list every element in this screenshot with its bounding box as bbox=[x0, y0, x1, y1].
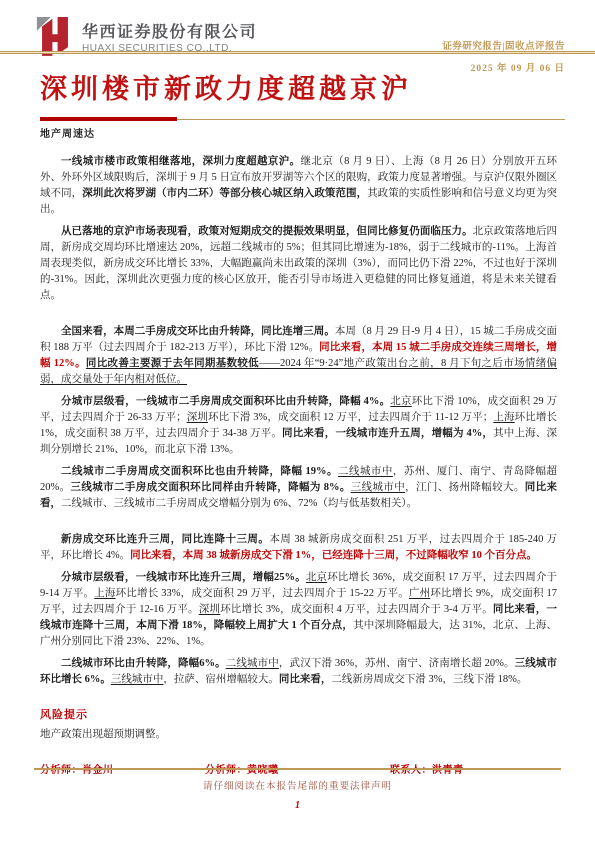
text-run: 环比增长 3%，成交面积 4 万平，过去四周介于 3-4 万平。 bbox=[220, 604, 493, 615]
text-run: 二线城市中 bbox=[226, 658, 279, 669]
text-run: 北京 bbox=[306, 572, 327, 583]
title-rule-gold-segment bbox=[177, 119, 565, 120]
text-run: 分城市层级看，一线城市二手房周成交面积环比由升转降，降幅 4%。 bbox=[61, 396, 390, 407]
report-title: 深圳楼市新政力度超越京沪 bbox=[40, 72, 412, 107]
report-date: 2025 年 09 月 06 日 bbox=[471, 60, 565, 74]
brand-names: 华西证券股份有限公司 HUAXI SECURITIES CO.,LTD. bbox=[82, 19, 257, 54]
text-run: 上海 bbox=[493, 412, 514, 423]
text-run: 同比来看， bbox=[279, 674, 332, 685]
company-name-cn: 华西证券股份有限公司 bbox=[82, 19, 257, 42]
body-paragraphs: 一线城市楼市政策相继落地，深圳力度超越京沪。继北京（8 月 9 日）、上海（8 … bbox=[40, 148, 557, 776]
text-run: 新房成交环比连升三周，同比连降十三周。 bbox=[61, 534, 269, 545]
page-number: 1 bbox=[0, 800, 595, 811]
text-run: 三线城市中 bbox=[351, 482, 405, 493]
text-run: 分城市层级看，一线城市环比连升三周，增幅25%。 bbox=[61, 572, 306, 583]
report-type-label: 证券研究报告|固收点评报告 bbox=[442, 38, 565, 52]
series-label: 地产周速达 bbox=[40, 125, 95, 140]
risk-section: 风险提示 地产政策出现超预期调整。 bbox=[40, 706, 557, 741]
text-run: 北京政策落地后四周，新房成交周均环比增速达 20%，远超二线城市的 5%；但其同… bbox=[40, 226, 557, 301]
text-run: 全国来看，本周二手房成交环比由升转降，同比连增三周。 bbox=[61, 326, 335, 337]
huaxi-logo-icon bbox=[36, 16, 74, 56]
text-run: 同比来看，一线城市连升五周，增幅为 4%， bbox=[282, 428, 493, 439]
text-run: 广州 bbox=[409, 588, 430, 599]
text-run: 二线城市、三线城市二手房周成交增幅分别为 6%、72%（均与低基数相关）。 bbox=[61, 498, 417, 509]
text-run: ，武汉下滑 36%，苏州、南宁、济南增长超 20%。 bbox=[279, 658, 515, 669]
legal-notice: 请仔细阅读在本报告尾部的重要法律声明 bbox=[0, 778, 595, 792]
text-run: 二线城市环比由升转降，降幅6%。 bbox=[61, 658, 226, 669]
text-run: ，江门、扬州降幅较大。 bbox=[405, 482, 525, 493]
paragraph: 从已落地的京沪市场表现看，政策对短期成交的提振效果明显，但同比修复仍面临压力。北… bbox=[40, 224, 557, 304]
text-run: 同比改善主要源于去年同期基数较低 bbox=[86, 358, 259, 369]
title-rule-red-segment bbox=[40, 117, 177, 121]
brand: 华西证券股份有限公司 HUAXI SECURITIES CO.,LTD. bbox=[36, 16, 257, 56]
paragraph: 全国来看，本周二手房成交环比由升转降，同比连增三周。本周（8 月 29 日-9 … bbox=[40, 324, 557, 388]
paragraph: 一线城市楼市政策相继落地，深圳力度超越京沪。继北京（8 月 9 日）、上海（8 … bbox=[40, 154, 557, 218]
title-rule bbox=[40, 117, 565, 121]
text-run: 北京 bbox=[390, 396, 411, 407]
text-run: 二线城市二手房周成交面积环比也由升转降，降幅 19%。 bbox=[61, 466, 338, 477]
text-run: 深圳此次将罗湖（市内二环）等部分核心城区纳入政策范围， bbox=[82, 188, 367, 199]
paragraph: 二线城市二手房周成交面积环比也由升转降，降幅 19%。二线城市中，苏州、厦门、南… bbox=[40, 464, 557, 512]
paragraph: 二线城市环比由升转降，降幅6%。二线城市中，武汉下滑 36%，苏州、南宁、济南增… bbox=[40, 656, 557, 688]
risk-text: 地产政策出现超预期调整。 bbox=[40, 726, 557, 741]
report-page: 华西证券股份有限公司 HUAXI SECURITIES CO.,LTD. 证券研… bbox=[0, 0, 595, 842]
text-run: 三线城市中 bbox=[111, 674, 164, 685]
text-run: 环比增长 33%，成交面积 29 万平，过去四周介于 15-22 万平。 bbox=[116, 588, 409, 599]
text-run: 三线城市二手房成交面积环比同样由升转降，降幅为 8%。 bbox=[71, 482, 351, 493]
paragraph: 分城市层级看，一线城市环比连升三周，增幅25%。北京环比增长 36%，成交面积 … bbox=[40, 570, 557, 650]
header-rule bbox=[0, 51, 595, 54]
text-run: 同比来看，本周 38 城新房成交下滑 1%，已经连降十三周，不过降幅收窄 10 … bbox=[130, 550, 537, 561]
text-run: 从已落地的京沪市场表现看，政策对短期成交的提振效果明显，但同比修复仍面临压力。 bbox=[61, 226, 473, 237]
footer-rule bbox=[34, 768, 561, 770]
text-run: 深圳 bbox=[187, 412, 208, 423]
text-run: 环比下滑 3%，成交面积 12 万平，过去四周介于 11-12 万平； bbox=[208, 412, 493, 423]
text-run: 一线城市楼市政策相继落地，深圳力度超越京沪。 bbox=[61, 156, 301, 167]
text-run: 二线城市中 bbox=[338, 466, 393, 477]
paragraph: 分城市层级看，一线城市二手房周成交面积环比由升转降，降幅 4%。北京环比下滑 1… bbox=[40, 394, 557, 458]
text-run: ，拉萨、宿州增幅较大。 bbox=[163, 674, 279, 685]
text-run: 深圳 bbox=[199, 604, 220, 615]
report-footer: 请仔细阅读在本报告尾部的重要法律声明 1 bbox=[0, 768, 595, 811]
risk-heading: 风险提示 bbox=[40, 706, 557, 722]
text-run: 二线新房周成交下滑 3%，三线下滑 18%。 bbox=[331, 674, 527, 685]
text-run: 上海 bbox=[94, 588, 115, 599]
paragraph: 新房成交环比连升三周，同比连降十三周。本周 38 城新房成交面积 251 万平，… bbox=[40, 532, 557, 564]
